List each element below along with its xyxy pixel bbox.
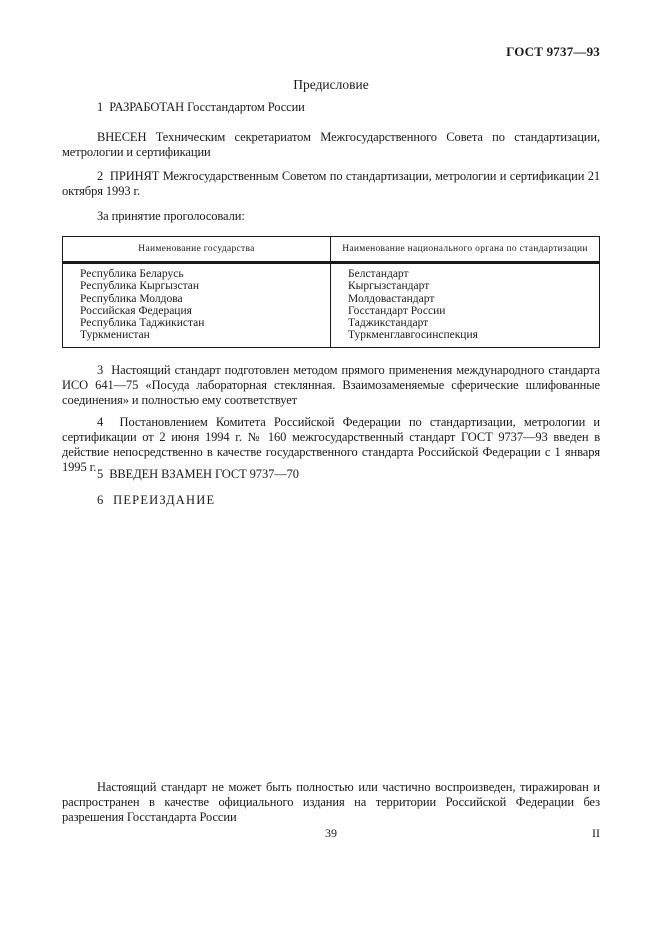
table-row: Российская ФедерацияГосстандарт России <box>63 305 600 317</box>
state-cell: Российская Федерация <box>63 305 331 317</box>
table-row: ТуркменистанТуркменглавгосинспекция <box>63 329 600 347</box>
scanned-standard-page: ГОСТ 9737—93 Предисловие 1 РАЗРАБОТАН Го… <box>0 0 661 936</box>
table-header-row: Наименование государства Наименование на… <box>63 237 600 263</box>
col-header-org: Наименование национального органа по ста… <box>331 237 600 263</box>
org-cell: Таджикстандарт <box>331 317 600 329</box>
clause-1-submitted: ВНЕСЕН Техническим секретариатом Межгосу… <box>62 130 600 160</box>
clause-3-prepared: 3 Настоящий стандарт подготовлен методом… <box>62 363 600 408</box>
org-cell: Молдовастандарт <box>331 293 600 305</box>
page-title: Предисловие <box>62 77 600 93</box>
document-page: { "header": { "doc_number": "ГОСТ 9737—9… <box>0 0 661 936</box>
col-header-state: Наименование государства <box>63 237 331 263</box>
clause-2-adopted: 2 ПРИНЯТ Межгосударственным Советом по с… <box>62 169 600 199</box>
state-cell: Республика Кыргызстан <box>63 280 331 292</box>
org-cell: Туркменглавгосинспекция <box>331 329 600 347</box>
vote-table-body: Республика БеларусьБелстандартРеспублика… <box>63 263 600 348</box>
state-cell: Республика Беларусь <box>63 263 331 281</box>
page-number-roman: II <box>592 826 600 841</box>
state-cell: Республика Таджикистан <box>63 317 331 329</box>
vote-table: Наименование государства Наименование на… <box>62 236 600 348</box>
clause-5-replaces: 5 ВВЕДЕН ВЗАМЕН ГОСТ 9737—70 <box>62 467 600 482</box>
org-cell: Кыргызстандарт <box>331 280 600 292</box>
clause-4-decree: 4 Постановлением Комитета Российской Фед… <box>62 415 600 475</box>
table-row: Республика МолдоваМолдовастандарт <box>63 293 600 305</box>
doc-number: ГОСТ 9737—93 <box>62 44 600 60</box>
state-cell: Республика Молдова <box>63 293 331 305</box>
copyright-notice: Настоящий стандарт не может быть полност… <box>62 780 600 825</box>
table-row: Республика ТаджикистанТаджикстандарт <box>63 317 600 329</box>
table-row: Республика БеларусьБелстандарт <box>63 263 600 281</box>
clause-1-developed: 1 РАЗРАБОТАН Госстандартом России <box>62 100 600 115</box>
org-cell: Белстандарт <box>331 263 600 281</box>
table-row: Республика КыргызстанКыргызстандарт <box>63 280 600 292</box>
page-number: 39 <box>62 826 600 841</box>
vote-table-head: Наименование государства Наименование на… <box>63 237 600 263</box>
vote-intro: За принятие проголосовали: <box>62 209 600 224</box>
state-cell: Туркменистан <box>63 329 331 347</box>
page-footer: 39 II <box>62 826 600 841</box>
clause-6-reissue: 6 ПЕРЕИЗДАНИЕ <box>62 493 600 508</box>
org-cell: Госстандарт России <box>331 305 600 317</box>
